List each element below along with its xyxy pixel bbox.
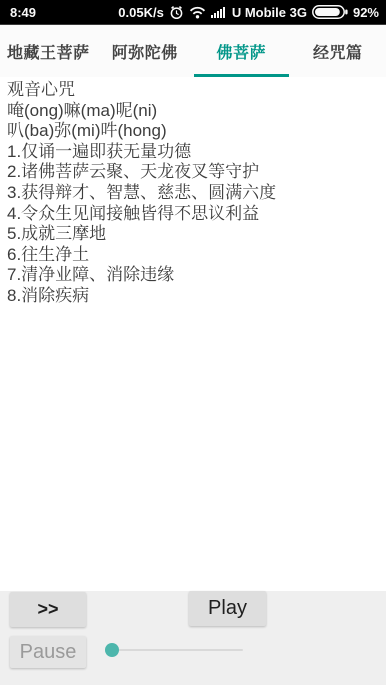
benefit-line: 7.清净业障、消除违缘 [7, 265, 380, 286]
wifi-icon [189, 6, 206, 19]
audio-progress-slider[interactable] [101, 639, 251, 661]
tab-label: 佛菩萨 [216, 40, 266, 63]
network-speed: 0.05K/s [118, 5, 164, 20]
next-button[interactable]: >> [10, 592, 86, 627]
alarm-clock-icon [169, 5, 184, 20]
tab-bar: 地藏王菩萨 阿弥陀佛 佛菩萨 经咒篇 [0, 25, 386, 77]
tab-underline [194, 74, 289, 77]
benefit-line: 3.获得辩才、智慧、慈悲、圆满六度 [7, 183, 380, 204]
tab-dizangwang-pusa[interactable]: 地藏王菩萨 [0, 25, 97, 77]
tab-label: 地藏王菩萨 [7, 40, 90, 63]
mantra-line: 唵(ong)嘛(ma)呢(ni) [7, 101, 380, 122]
status-bar: 8:49 0.05K/s [0, 0, 386, 25]
tab-label: 阿弥陀佛 [112, 40, 178, 63]
mantra-content: 观音心咒 唵(ong)嘛(ma)呢(ni) 叭(ba)弥(mi)吽(hong) … [0, 77, 386, 591]
tab-amituofo[interactable]: 阿弥陀佛 [97, 25, 194, 77]
benefit-line: 6.往生净土 [7, 245, 380, 266]
slider-thumb[interactable] [105, 643, 119, 657]
benefit-line: 2.诸佛菩萨云聚、天龙夜叉等守护 [7, 162, 380, 183]
play-button[interactable]: Play [189, 591, 266, 626]
slider-track[interactable] [112, 649, 243, 651]
tab-label: 经咒篇 [313, 40, 363, 63]
benefit-line: 5.成就三摩地 [7, 224, 380, 245]
tab-fopusa[interactable]: 佛菩萨 [193, 25, 290, 77]
pause-button[interactable]: Pause [10, 636, 86, 668]
cellular-signal-icon [211, 6, 227, 18]
carrier-label: U Mobile 3G [232, 5, 307, 20]
tab-jingzhoupian[interactable]: 经咒篇 [290, 25, 386, 77]
status-time: 8:49 [10, 5, 36, 20]
benefit-line: 8.消除疾病 [7, 286, 380, 307]
mantra-line: 叭(ba)弥(mi)吽(hong) [7, 121, 380, 142]
status-icons: 0.05K/s [118, 5, 379, 20]
playback-controls: >> Play Pause [0, 591, 386, 685]
mantra-title: 观音心咒 [7, 80, 380, 101]
benefit-line: 4.令众生见闻接触皆得不思议利益 [7, 204, 380, 225]
battery-percent: 92% [353, 5, 379, 20]
app-screen: 8:49 0.05K/s [0, 0, 386, 686]
battery-icon [312, 5, 348, 19]
benefit-line: 1.仅诵一遍即获无量功德 [7, 142, 380, 163]
